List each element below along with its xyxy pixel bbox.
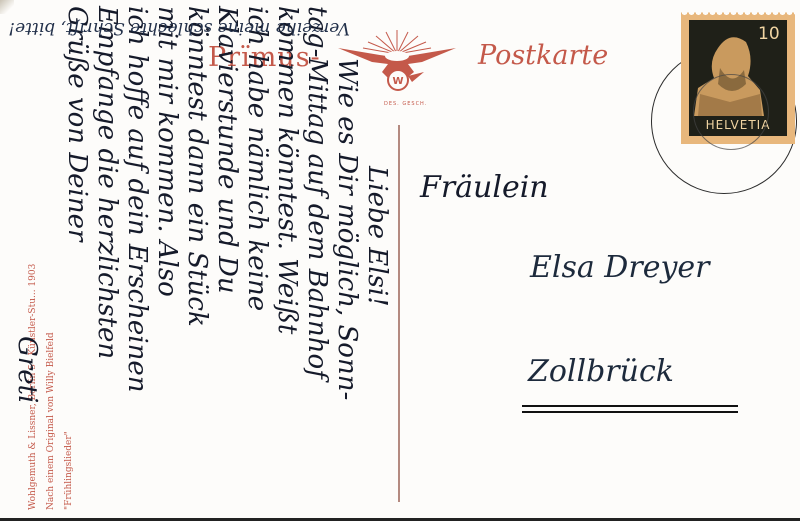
message-line: ich habe nämlich keine xyxy=(242,6,272,311)
message-line: Empfange die herzlichsten xyxy=(92,6,122,359)
message-line: Klavierstunde und Du xyxy=(212,6,242,294)
imprint-line-3: "Frühlingslieder" xyxy=(60,264,78,510)
address-salutation: Fräulein xyxy=(420,170,549,205)
address-city: Zollbrück xyxy=(528,354,674,389)
message-line: Liebe Elsi! xyxy=(362,166,392,307)
message-line: Wie es Dir möglich, Sonn- xyxy=(332,58,362,400)
message-line: könntest dann ein Stück xyxy=(182,6,212,327)
margin-note: Verzeihe meine schlechte Schrift, bitte! xyxy=(8,18,350,38)
svg-text:W: W xyxy=(392,76,403,87)
message-line: ich hoffe auf dein Erscheinen xyxy=(122,6,152,392)
message-line: mit mir kommen. Also xyxy=(152,6,182,297)
message-line: tag-Mittag auf dem Bahnhof xyxy=(302,6,332,379)
message-line: Grüße von Deiner xyxy=(62,6,92,241)
stamp-value: 10 xyxy=(758,24,780,44)
postmark-inner-ring xyxy=(693,74,769,150)
address-name: Elsa Dreyer xyxy=(530,250,710,285)
vertical-divider xyxy=(398,125,400,502)
logo-caption: DES. GESCH. xyxy=(384,101,427,107)
city-double-underline xyxy=(522,405,738,413)
postcard: Wohlgemuth & Lissner, Berlin 5 · Künstle… xyxy=(0,0,800,521)
message-line: kommen könntest. Weißt xyxy=(272,6,302,334)
message-signature: Greti xyxy=(12,336,42,403)
imprint-line-2: Nach einem Original von Willy Bielfeld xyxy=(42,264,60,510)
brand-postkarte: Postkarte xyxy=(478,40,608,71)
